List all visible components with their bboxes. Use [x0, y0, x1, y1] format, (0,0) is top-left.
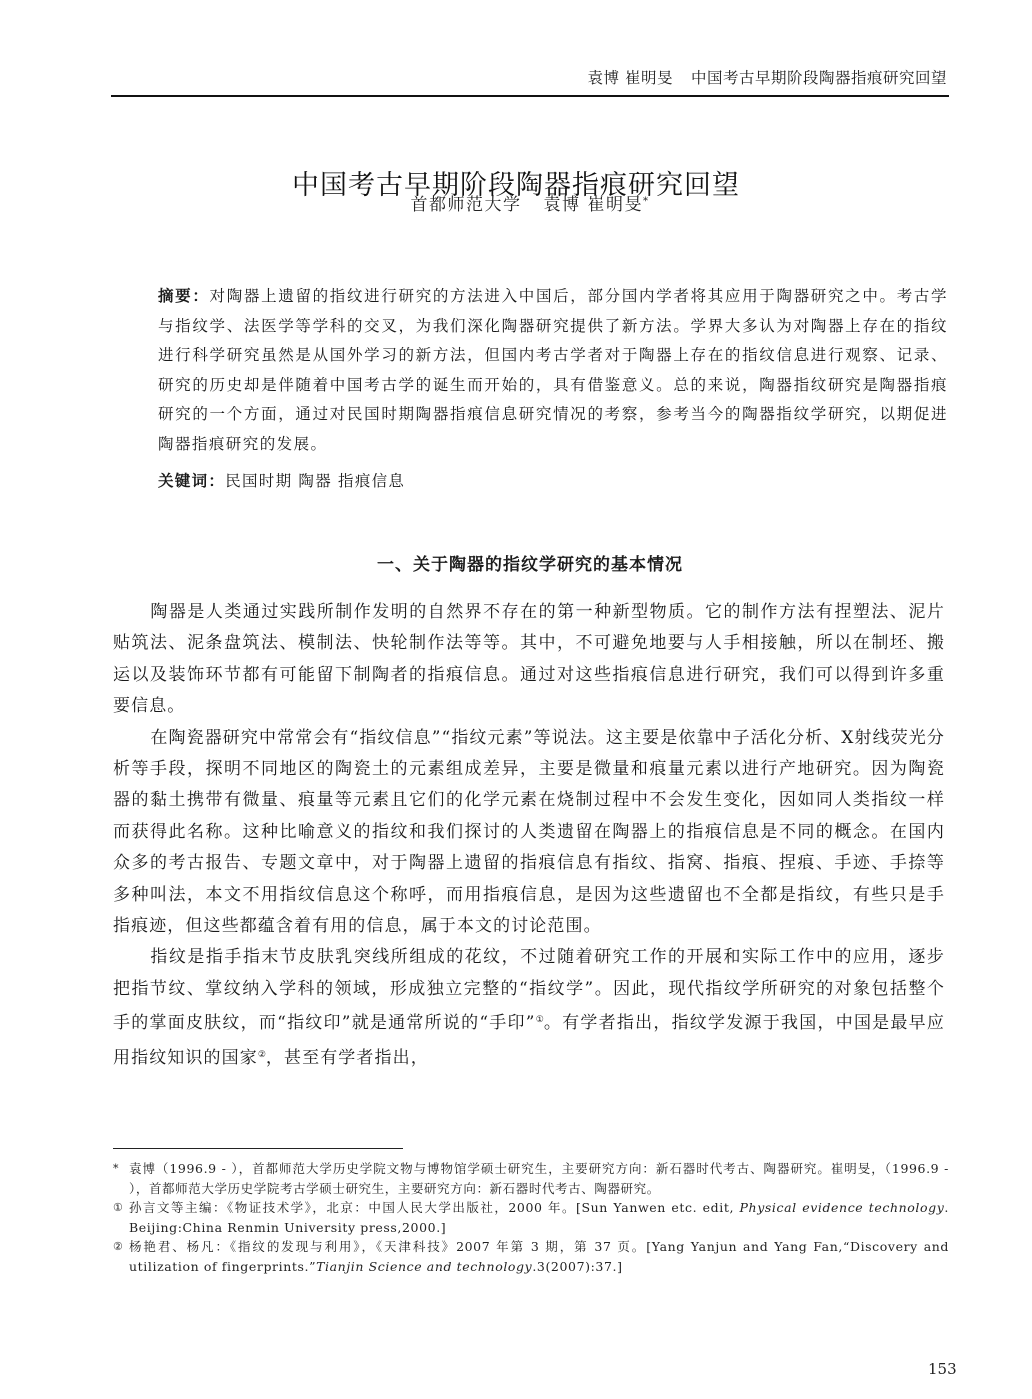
footnote-ref-1[interactable]: ① — [536, 1015, 544, 1025]
affiliation: 首都师范大学 — [411, 195, 522, 215]
section-heading: 一、关于陶器的指纹学研究的基本情况 — [0, 550, 1032, 575]
keyword: 陶器 — [298, 472, 332, 490]
running-head: 袁博 崔明旻中国考古早期阶段陶器指痕研究回望 — [111, 66, 947, 88]
abstract: 摘要：对陶器上遗留的指纹进行研究的方法进入中国后，部分国内学者将其应用于陶器研究… — [158, 282, 948, 459]
keyword: 民国时期 — [225, 472, 292, 490]
footnote-mark: ② — [113, 1237, 129, 1276]
footnote-rule — [113, 1148, 403, 1149]
keyword: 指痕信息 — [338, 472, 405, 490]
paragraph: 陶器是人类通过实践所制作发明的自然界不存在的第一种新型物质。它的制作方法有捏塑法… — [113, 597, 945, 723]
abstract-text: 对陶器上遗留的指纹进行研究的方法进入中国后，部分国内学者将其应用于陶器研究之中。… — [158, 287, 948, 453]
running-head-title: 中国考古早期阶段陶器指痕研究回望 — [691, 69, 947, 87]
footnote-ref-2[interactable]: ② — [258, 1050, 266, 1060]
footnote-2: ② 杨艳君、杨凡：《指纹的发现与利用》，《天津科技》2007 年第 3 期，第 … — [113, 1237, 949, 1276]
byline: 首都师范大学袁博 崔明旻* — [0, 190, 1032, 215]
footnote-mark: ① — [113, 1198, 129, 1237]
footnote-text: 袁博（1996.9 - ），首都师范大学历史学院文物与博物馆学硕士研究生，主要研… — [129, 1159, 949, 1198]
paragraph: 指纹是指手指末节皮肤乳突线所组成的花纹，不过随着研究工作的开展和实际工作中的应用… — [113, 942, 945, 1074]
footnote-mark: * — [113, 1159, 129, 1198]
authors: 袁博 崔明旻 — [544, 195, 643, 215]
abstract-label: 摘要： — [158, 287, 210, 305]
running-head-authors: 袁博 崔明旻 — [588, 69, 673, 87]
footnotes: * 袁博（1996.9 - ），首都师范大学历史学院文物与博物馆学硕士研究生，主… — [113, 1159, 949, 1276]
keywords-label: 关键词： — [158, 472, 225, 490]
footnote-author: * 袁博（1996.9 - ），首都师范大学历史学院文物与博物馆学硕士研究生，主… — [113, 1159, 949, 1198]
page-number: 153 — [928, 1360, 957, 1378]
keywords: 关键词：民国时期陶器指痕信息 — [158, 469, 948, 491]
paragraph: 在陶瓷器研究中常常会有“指纹信息”“指纹元素”等说法。这主要是依靠中子活化分析、… — [113, 723, 945, 943]
body-text: 陶器是人类通过实践所制作发明的自然界不存在的第一种新型物质。它的制作方法有捏塑法… — [113, 597, 945, 1074]
author-footnote-marker[interactable]: * — [643, 196, 650, 207]
header-rule — [111, 95, 949, 97]
footnote-1: ① 孙言文等主编：《物证技术学》，北京：中国人民大学出版社，2000 年。[Su… — [113, 1198, 949, 1237]
